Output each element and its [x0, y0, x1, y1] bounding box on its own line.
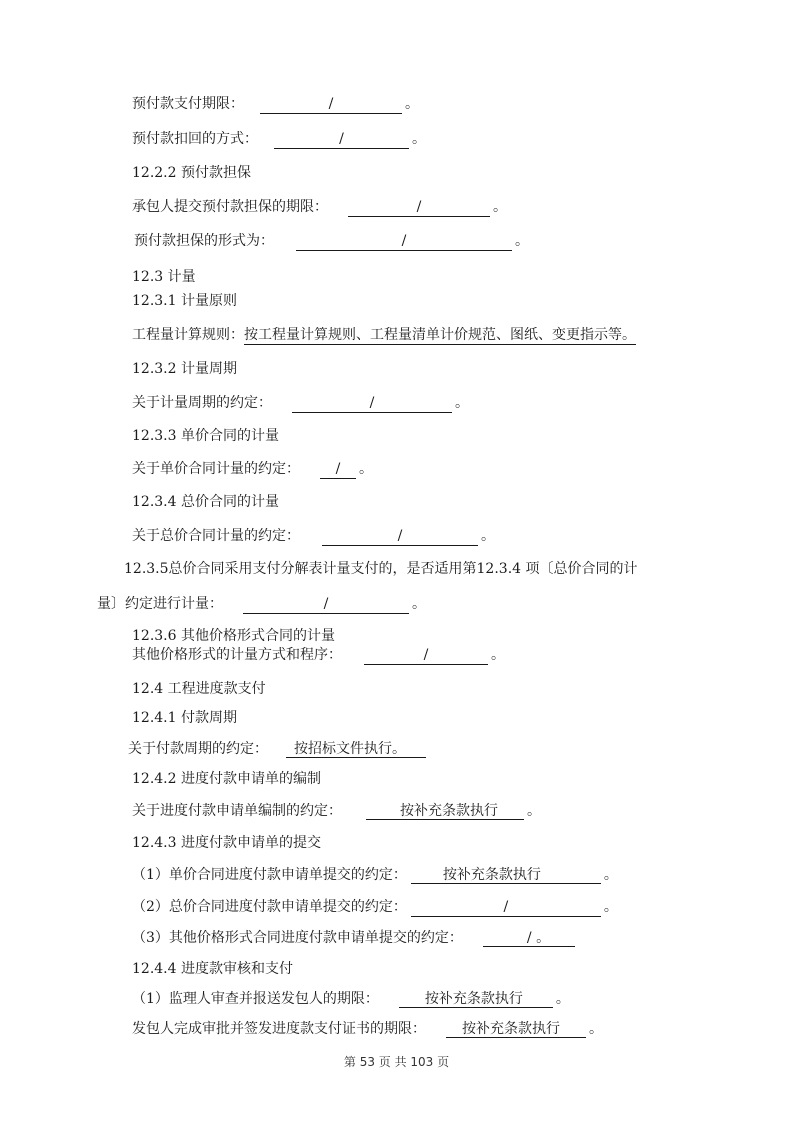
field-application-preparation: 关于进度付款申请单编制的约定：按补充条款执行。	[132, 802, 541, 820]
field-unit-price-submission: （1）单价合同进度付款申请单提交的约定：按补充条款执行。	[132, 866, 618, 884]
field-label: 关于单价合同计量的约定：	[132, 461, 300, 477]
field-value[interactable]: 按补充条款执行	[366, 803, 524, 820]
field-value[interactable]: 按工程量计算规则、工程量清单计价规范、图纸、变更指示等。	[244, 327, 636, 345]
field-other-measurement-method: 其他价格形式的计量方式和程序：/。	[132, 646, 505, 665]
field-value[interactable]: /	[260, 96, 402, 114]
field-other-submission: （3）其他价格形式合同进度付款申请单提交的约定：/ 。	[132, 929, 575, 947]
field-label: 关于总价合同计量的约定：	[132, 528, 300, 544]
field-label: 承包人提交预付款担保的期限：	[132, 199, 328, 215]
section-heading: 12.3.2 计量周期	[132, 360, 237, 378]
field-advance-recovery-method: 预付款扣回的方式：/。	[132, 130, 426, 149]
field-label: 量〕约定进行计量：	[97, 596, 223, 612]
field-lump-sum-measurement: 关于总价合同计量的约定：/。	[132, 527, 495, 546]
field-value[interactable]: / 。	[483, 930, 575, 947]
field-value[interactable]: /	[320, 461, 356, 479]
section-heading: 12.4.3 进度付款申请单的提交	[132, 834, 321, 852]
field-label: 其他价格形式的计量方式和程序：	[132, 647, 342, 663]
field-quantity-rules: 工程量计算规则：按工程量计算规则、工程量清单计价规范、图纸、变更指示等。	[132, 326, 636, 345]
field-label: 发包人完成审批并签发进度款支付证书的期限：	[132, 1021, 426, 1037]
section-heading: 12.3.6 其他价格形式合同的计量	[132, 627, 335, 645]
field-lump-sum-submission: （2）总价合同进度付款申请单提交的约定：/。	[132, 898, 618, 917]
section-heading: 12.3.4 总价合同的计量	[132, 493, 279, 511]
paragraph-text: 12.3.5总价合同采用支付分解表计量支付的，是否适用第12.3.4 项〔总价合…	[124, 560, 638, 578]
field-guarantee-deadline: 承包人提交预付款担保的期限：/。	[132, 198, 507, 217]
field-measurement-period: 关于计量周期的约定：/。	[132, 394, 469, 413]
field-payment-schedule-applicability: 量〕约定进行计量：/。	[97, 595, 426, 614]
field-label: （3）其他价格形式合同进度付款申请单提交的约定：	[132, 930, 463, 946]
section-heading: 12.2.2 预付款担保	[132, 164, 251, 182]
field-value[interactable]: /	[292, 395, 452, 413]
field-guarantee-form: 预付款担保的形式为：/。	[134, 232, 529, 251]
field-label: （1）监理人审查并报送发包人的期限：	[132, 991, 379, 1007]
field-value[interactable]: /	[411, 899, 601, 917]
section-heading: 12.3.3 单价合同的计量	[132, 427, 279, 445]
field-value[interactable]: 按招标文件执行。	[286, 741, 426, 758]
section-heading: 12.4.2 进度付款申请单的编制	[132, 770, 321, 788]
field-advance-payment-period: 预付款支付期限：/。	[132, 95, 419, 114]
field-value[interactable]: 按补充条款执行	[446, 1021, 586, 1038]
section-heading: 12.3.1 计量原则	[132, 292, 237, 310]
field-employer-approval-period: 发包人完成审批并签发进度款支付证书的期限：按补充条款执行。	[132, 1020, 603, 1038]
page-number: 第 53 页 共 103 页	[0, 1053, 793, 1070]
field-label: 关于计量周期的约定：	[132, 395, 272, 411]
field-label: 预付款扣回的方式：	[132, 131, 258, 147]
field-value[interactable]: /	[296, 233, 512, 251]
field-label: （2）总价合同进度付款申请单提交的约定：	[132, 899, 407, 915]
field-value[interactable]: /	[322, 528, 478, 546]
field-payment-cycle: 关于付款周期的约定：按招标文件执行。	[128, 740, 426, 758]
field-label: 关于付款周期的约定：	[128, 741, 268, 757]
field-label: （1）单价合同进度付款申请单提交的约定：	[132, 867, 407, 883]
field-value[interactable]: /	[364, 647, 488, 665]
field-value[interactable]: 按补充条款执行	[411, 867, 601, 884]
section-heading: 12.4.4 进度款审核和支付	[132, 960, 293, 978]
field-supervisor-review-period: （1）监理人审查并报送发包人的期限：按补充条款执行。	[132, 990, 570, 1008]
field-label: 工程量计算规则：	[132, 327, 244, 343]
section-heading: 12.3 计量	[132, 268, 196, 286]
section-heading: 12.4 工程进度款支付	[132, 680, 266, 698]
field-label: 预付款支付期限：	[132, 96, 244, 112]
field-value[interactable]: /	[348, 199, 490, 217]
field-label: 预付款担保的形式为：	[134, 233, 274, 249]
section-heading: 12.4.1 付款周期	[132, 709, 237, 727]
field-unit-price-measurement: 关于单价合同计量的约定：/。	[132, 460, 373, 479]
field-value[interactable]: /	[274, 131, 409, 149]
field-label: 关于进度付款申请单编制的约定：	[132, 803, 342, 819]
field-value[interactable]: /	[243, 596, 409, 614]
field-value[interactable]: 按补充条款执行	[399, 991, 553, 1008]
